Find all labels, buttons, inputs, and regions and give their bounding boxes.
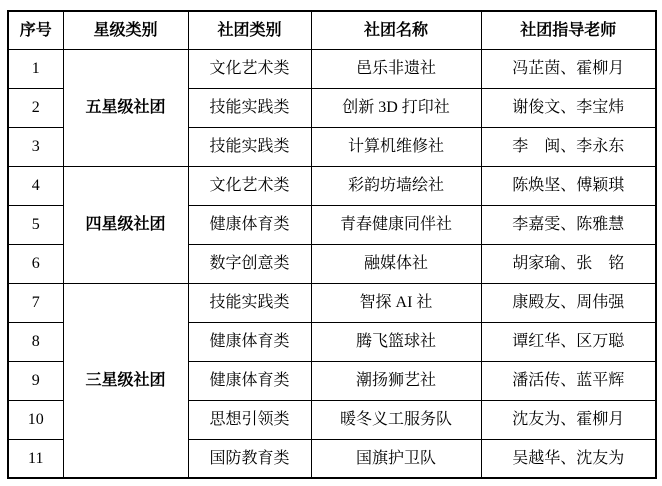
cell-club-name: 彩韵坊墙绘社 xyxy=(311,166,481,205)
cell-club-name: 青春健康同伴社 xyxy=(311,205,481,244)
cell-club-name: 国旗护卫队 xyxy=(311,439,481,478)
cell-club-name: 腾飞篮球社 xyxy=(311,322,481,361)
table-row: 4 四星级社团 文化艺术类 彩韵坊墙绘社 陈焕坚、傅颖琪 xyxy=(8,166,656,205)
cell-teachers: 李嘉雯、陈雅慧 xyxy=(481,205,656,244)
cell-club-name: 计算机维修社 xyxy=(311,127,481,166)
cell-no: 9 xyxy=(8,361,63,400)
header-cell-category: 社团类别 xyxy=(188,11,311,49)
cell-no: 5 xyxy=(8,205,63,244)
header-cell-star-level: 星级类别 xyxy=(63,11,188,49)
header-row: 序号 星级类别 社团类别 社团名称 社团指导老师 xyxy=(8,11,656,49)
cell-teachers: 吴越华、沈友为 xyxy=(481,439,656,478)
cell-club-name: 创新 3D 打印社 xyxy=(311,88,481,127)
cell-category: 技能实践类 xyxy=(188,283,311,322)
cell-no: 1 xyxy=(8,49,63,88)
cell-category: 数字创意类 xyxy=(188,244,311,283)
cell-no: 8 xyxy=(8,322,63,361)
cell-club-name: 智探 AI 社 xyxy=(311,283,481,322)
cell-category: 思想引领类 xyxy=(188,400,311,439)
cell-star-group-three: 三星级社团 xyxy=(63,283,188,478)
cell-category: 健康体育类 xyxy=(188,322,311,361)
cell-category: 技能实践类 xyxy=(188,127,311,166)
header-cell-club-name: 社团名称 xyxy=(311,11,481,49)
cell-club-name: 暖冬义工服务队 xyxy=(311,400,481,439)
cell-category: 文化艺术类 xyxy=(188,166,311,205)
cell-category: 健康体育类 xyxy=(188,361,311,400)
cell-no: 3 xyxy=(8,127,63,166)
cell-teachers: 谢俊文、李宝炜 xyxy=(481,88,656,127)
cell-teachers: 康殿友、周伟强 xyxy=(481,283,656,322)
cell-star-group-five: 五星级社团 xyxy=(63,49,188,166)
cell-no: 7 xyxy=(8,283,63,322)
document-page: 序号 星级类别 社团类别 社团名称 社团指导老师 1 五星级社团 文化艺术类 邑… xyxy=(0,0,662,486)
cell-teachers: 潘活传、蓝平辉 xyxy=(481,361,656,400)
cell-teachers: 谭红华、区万聪 xyxy=(481,322,656,361)
clubs-table: 序号 星级类别 社团类别 社团名称 社团指导老师 1 五星级社团 文化艺术类 邑… xyxy=(7,10,657,479)
cell-no: 10 xyxy=(8,400,63,439)
cell-teachers: 胡家瑜、张 铭 xyxy=(481,244,656,283)
cell-teachers: 冯芷茵、霍柳月 xyxy=(481,49,656,88)
cell-no: 4 xyxy=(8,166,63,205)
cell-teachers: 沈友为、霍柳月 xyxy=(481,400,656,439)
cell-star-group-four: 四星级社团 xyxy=(63,166,188,283)
cell-category: 技能实践类 xyxy=(188,88,311,127)
cell-club-name: 潮扬狮艺社 xyxy=(311,361,481,400)
cell-no: 2 xyxy=(8,88,63,127)
cell-club-name: 邑乐非遗社 xyxy=(311,49,481,88)
header-cell-teachers: 社团指导老师 xyxy=(481,11,656,49)
cell-teachers: 李 闽、李永东 xyxy=(481,127,656,166)
cell-category: 健康体育类 xyxy=(188,205,311,244)
header-cell-no: 序号 xyxy=(8,11,63,49)
cell-no: 11 xyxy=(8,439,63,478)
table-row: 7 三星级社团 技能实践类 智探 AI 社 康殿友、周伟强 xyxy=(8,283,656,322)
cell-club-name: 融媒体社 xyxy=(311,244,481,283)
table-row: 1 五星级社团 文化艺术类 邑乐非遗社 冯芷茵、霍柳月 xyxy=(8,49,656,88)
cell-no: 6 xyxy=(8,244,63,283)
cell-category: 文化艺术类 xyxy=(188,49,311,88)
cell-teachers: 陈焕坚、傅颖琪 xyxy=(481,166,656,205)
cell-category: 国防教育类 xyxy=(188,439,311,478)
